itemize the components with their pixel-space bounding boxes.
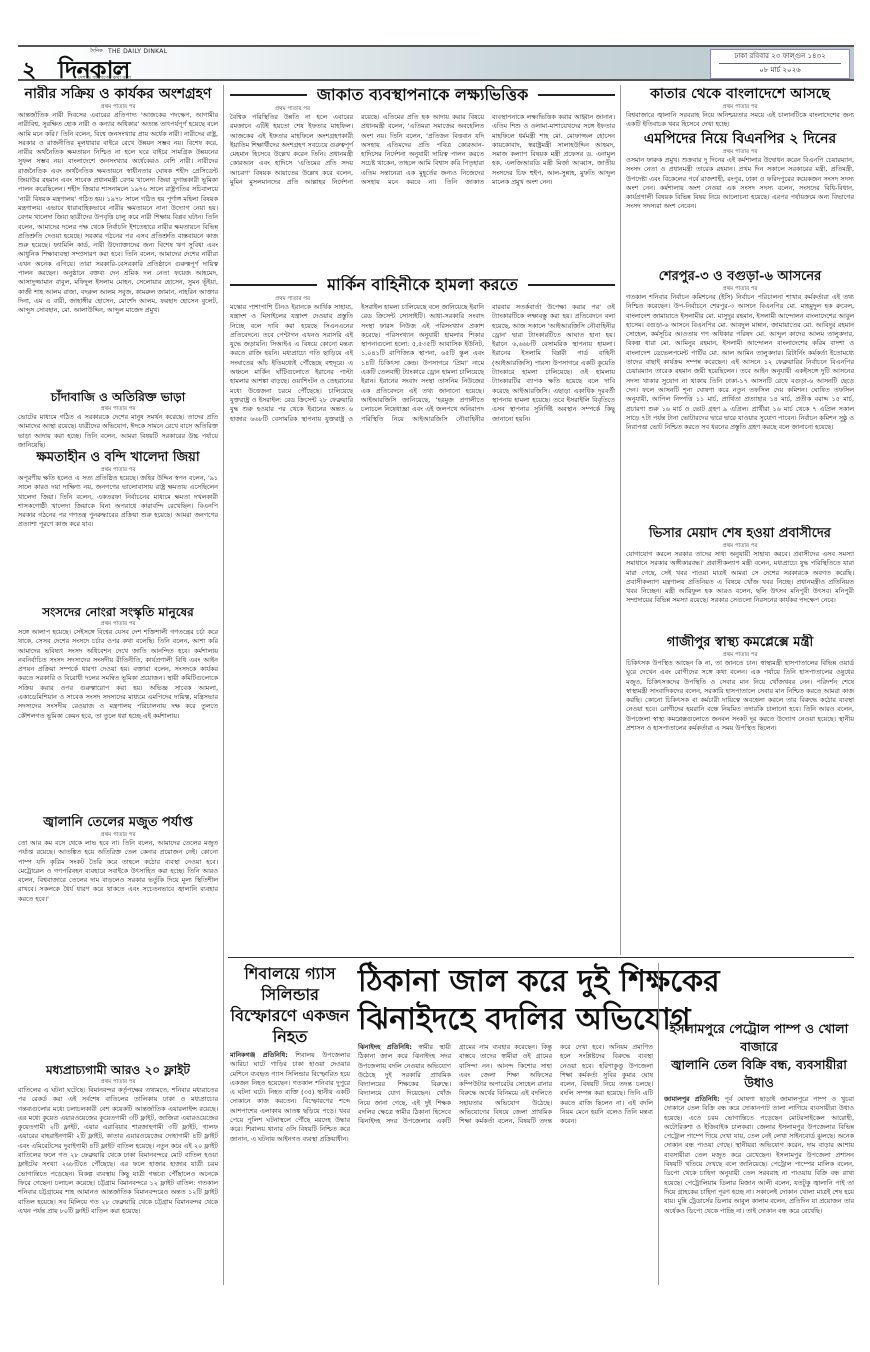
headline-zakat: জাকাত ব্যবস্থাপনাকে লক্ষ্যভিত্তিক (317, 85, 529, 105)
article-body-jalani: তো আর কম বসে থেকে লাভ হবে না। তিনি বলেন,… (18, 839, 218, 1062)
article-body-songsod: সঙ্গে আলাপ হয়েছে। সেইসঙ্গে বিশ্বের যেসব… (18, 628, 218, 814)
column-divider (223, 85, 224, 1285)
headline-islampur-line1: ইসলামপুরে পেট্রোল পাম্প ও খোলা বাজারে (664, 1020, 854, 1056)
article-body-mp-bnp: ওসমান ফারুক প্রমুখ। শুক্রবার দু দিনের এই… (626, 156, 854, 268)
article-body-marquin: মস্কোর পাশাপাশি চীনও ইরানকে আর্থিক সাহায… (230, 303, 615, 963)
headline-qatar: কাতার থেকে বাংলাদেশে আসছে (626, 85, 854, 103)
headline-rule (538, 94, 615, 96)
headline-visa: ভিসার মেয়াদ শেষ হওয়া প্রবাসীদের (626, 525, 854, 542)
continued-label: প্রথম পাতার পর (18, 1078, 218, 1086)
continued-label: প্রথম পাতার পর (230, 105, 355, 113)
headline-moddhoprachya: মধ্যপ্রাচ্যগামী আরও ২০ ফ্লাইট (18, 1062, 218, 1078)
thikana-article: ঠিকানা জাল করে দুই শিক্ষকের ঝিনাইদহে বদল… (358, 963, 653, 1281)
headline-chandabaji: চাঁদাবাজি ও অতিরিক্ত ভাড়া (18, 389, 218, 405)
byline: জামালপুর প্রতিনিধি: (664, 1095, 720, 1103)
article-body-khomotahin: অপূরণীয় ক্ষতি হলেও এ সত্য প্রতিষ্ঠিত হয… (18, 474, 218, 604)
headline-rule (230, 284, 317, 286)
headline-sherpur: শেরপুর-৩ ও বগুড়া-৬ আসনের (626, 268, 854, 285)
left-column: নারীর সক্রিয় ও কার্যকর অংশগ্রহণ প্রথম প… (18, 85, 218, 1285)
headline-shibaloy: শিবালয়ে গ্যাস সিলিন্ডার বিস্ফোরণে একজন … (230, 963, 350, 1047)
marquin-article: মার্কিন বাহিনীকে হামলা করতে প্রথম পাতার … (230, 275, 615, 963)
headline-thikana-line2: ঝিনাইদহে বদলির অভিযোগ (358, 1001, 653, 1039)
shibaloy-article: শিবালয়ে গ্যাস সিলিন্ডার বিস্ফোরণে একজন … (230, 963, 350, 1283)
headline-row: জাকাত ব্যবস্থাপনাকে লক্ষ্যভিত্তিক (230, 85, 615, 105)
column-divider (620, 85, 621, 955)
article-body-visa: যোগাযোগ করলে সরকার তাদের সাধ্য অনুযায়ী … (626, 550, 854, 634)
continued-label: প্রথম পাতার পর (626, 148, 854, 156)
continued-label: প্রথম পাতার পর (18, 620, 218, 628)
headline-rule (230, 94, 307, 96)
headline-khomotahin: ক্ষমতাহীন ও বন্দি খালেদা জিয়া (18, 449, 218, 466)
continued-label: প্রথম পাতার পর (626, 542, 854, 550)
headline-gazipur: গাজীপুর স্বাস্থ্য কমপ্লেক্সে মন্ত্রী (626, 634, 854, 651)
zakat-article: জাকাত ব্যবস্থাপনাকে লক্ষ্যভিত্তিক প্রথম … (230, 85, 615, 278)
byline: মানিকগঞ্জ প্রতিনিধি: (230, 1051, 288, 1059)
continued-label: প্রথম পাতার পর (626, 103, 854, 111)
continued-label: প্রথম পাতার পর (626, 651, 854, 659)
continued-label: প্রথম পাতার পর (18, 831, 218, 839)
headline-jalani: জ্বালানি তেলের মজুত পর্যাপ্ত (18, 814, 218, 831)
right-column: কাতার থেকে বাংলাদেশে আসছে প্রথম পাতার পর… (626, 85, 854, 955)
masthead: ২ দৈনিক THE DAILY DINKAL দিনকাল দেশ ও জন… (18, 45, 854, 81)
tagline: দেশ ও জনগণের কথা বলে (78, 75, 131, 83)
article-text: স্বামীর স্থায়ী ঠিকানা জাল করে ঝিনাইদহ স… (358, 1043, 653, 1125)
headline-mp-bnp: এমপিদের নিয়ে বিএনপির ২ দিনের (626, 130, 854, 148)
article-text: শিবালয় উপজেলার আরিচা ঘাটে গাড়ির চাকা হ… (230, 1051, 350, 1143)
headline-islampur-line2: জ্বালানি তেল বিক্রি বন্ধ, ব্যবসায়ীরা উধ… (664, 1056, 854, 1092)
column-divider (658, 963, 659, 1285)
byline: ঝিনাইদহ প্রতিনিধি: (358, 1043, 412, 1051)
article-body-moddhoprachya: বাতিলের এ ঘটনা ঘটেছে। বিমানবন্দর কর্তৃপক… (18, 1086, 218, 1276)
article-text: পূর্ব ঘোষণা ছাড়াই জামালপুরে পাম্প ও খুচ… (664, 1095, 854, 1215)
date-bengali: ঢাকা রবিবার ২৩ ফাল্গুন ১৪৩২ (719, 50, 841, 64)
article-body-gazipur: চিকিৎসক উপস্থিত আছেন কি না, তা জানতে চান… (626, 659, 854, 955)
section-divider (228, 957, 854, 958)
headline-rule (528, 284, 615, 286)
continued-label: প্রথম পাতার পর (18, 405, 218, 413)
continued-label: প্রথম পাতার পর (18, 103, 218, 111)
article-body-zakat: বৈশ্বিক পরিস্থিতির উন্নতি না হলে এবারের … (230, 113, 615, 278)
article-body-chandabaji: ভোটের মাধ্যমে গঠিত এ সরকারকে দেশের মানুষ… (18, 413, 218, 449)
continued-label: প্রথম পাতার পর (230, 295, 355, 303)
islampur-article: ইসলামপুরে পেট্রোল পাম্প ও খোলা বাজারে জ্… (664, 1020, 854, 1313)
date-gregorian: ০৮ মার্চ ২০২৬ (711, 64, 849, 77)
continued-label: প্রথম পাতার পর (626, 285, 854, 293)
article-body-shibaloy: মানিকগঞ্জ প্রতিনিধি: শিবালয় উপজেলার আরি… (230, 1051, 350, 1281)
headline-songsod: সংসদের নোংরা সংস্কৃতি মানুষের (18, 604, 218, 620)
article-body-thikana: ঝিনাইদহ প্রতিনিধি: স্বামীর স্থায়ী ঠিকান… (358, 1043, 653, 1281)
headline-thikana-line1: ঠিকানা জাল করে দুই শিক্ষকের (358, 963, 653, 1001)
headline-marquin: মার্কিন বাহিনীকে হামলা করতে (327, 275, 518, 295)
date-box: ঢাকা রবিবার ২৩ ফাল্গুন ১৪৩২ ০৮ মার্চ ২০২… (710, 49, 850, 79)
article-body-islampur: জামালপুর প্রতিনিধি: পূর্ব ঘোষণা ছাড়াই জ… (664, 1095, 854, 1313)
article-body-qatar: বিশ্ববাজারে জ্বালানি সরবরাহ নিয়ে অনিশ্চ… (626, 111, 854, 130)
newspaper-page: ২ দৈনিক THE DAILY DINKAL দিনকাল দেশ ও জন… (18, 45, 854, 1285)
headline-row: মার্কিন বাহিনীকে হামলা করতে (230, 275, 615, 295)
article-body-nari: আন্তর্জাতিক নারী দিবসের এবারের প্রতিপাদ্… (18, 111, 218, 389)
headline-nari: নারীর সক্রিয় ও কার্যকর অংশগ্রহণ (18, 85, 218, 103)
article-body-sherpur: গতকাল শনিবার নির্বাচন কমিশনের (ইসি) নির্… (626, 293, 854, 525)
continued-label: প্রথম পাতার পর (18, 466, 218, 474)
